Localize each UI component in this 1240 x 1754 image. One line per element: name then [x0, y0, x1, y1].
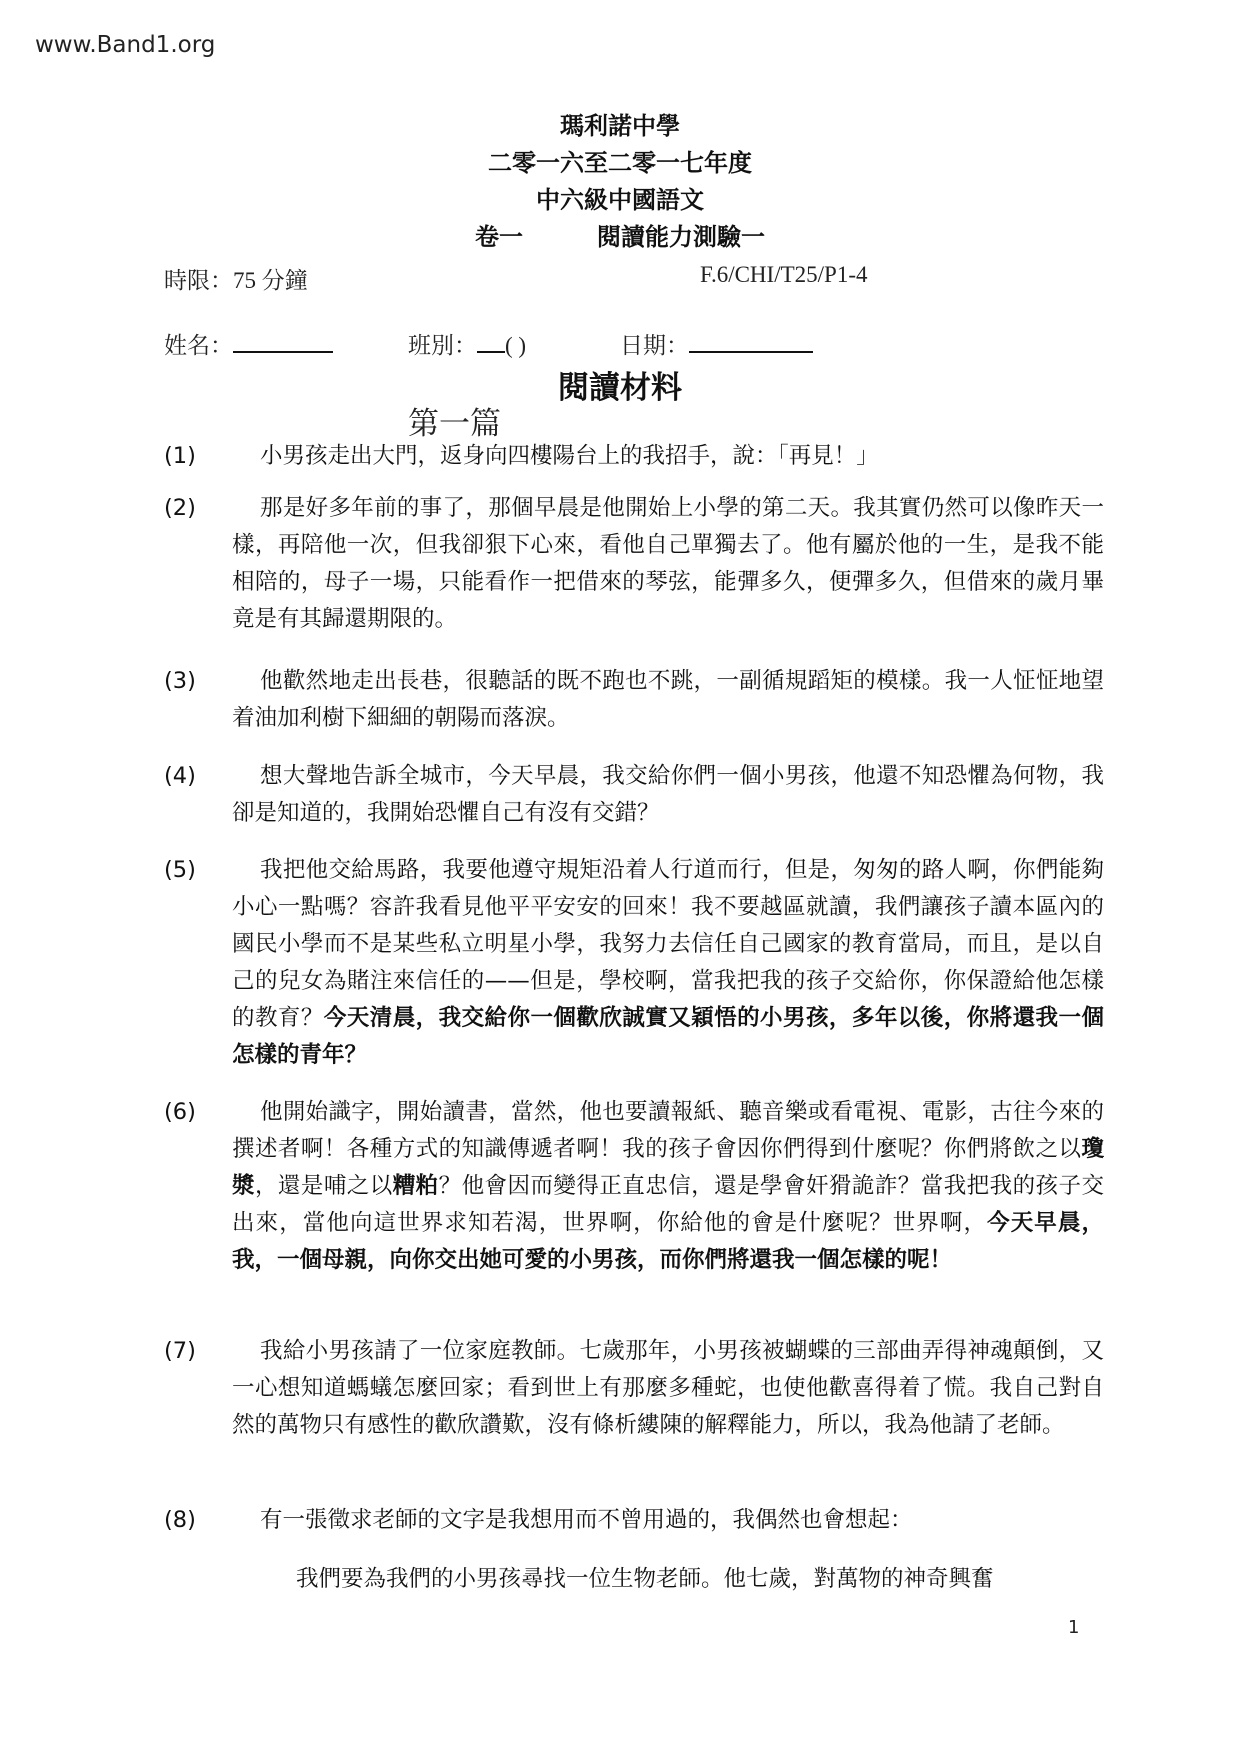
paragraph-text: 他開始識字，開始讀書，當然，他也要讀報紙、聽音樂或看電視、電影，古往今來的撰述者…: [232, 1094, 1104, 1279]
paragraph-7: (7) 我給小男孩請了一位家庭教師。七歲那年，小男孩被蝴蝶的三部曲弄得神魂顛倒，…: [164, 1333, 1104, 1444]
paragraph-text: 有一張徵求老師的文字是我想用而不曾用過的，我偶然也會想起：: [232, 1502, 1104, 1539]
watermark: www.Band1.org: [35, 32, 215, 58]
paper-number: 卷一: [475, 223, 523, 251]
emphasis-text: 今天清晨，我交給你一個歡欣誠實又穎悟的小男孩，多年以後，你將還我一個怎樣的青年？: [232, 1005, 1104, 1068]
exam-header: 瑪利諾中學 二零一六至二零一七年度 中六級中國語文 卷一閱讀能力測驗一: [0, 108, 1240, 256]
paragraph-number: (6): [164, 1094, 224, 1131]
paragraph-number: (8): [164, 1502, 224, 1539]
paragraph-1: (1) 小男孩走出大門，返身向四樓陽台上的我招手，說：「再見！」: [164, 438, 1104, 475]
name-blank[interactable]: [233, 333, 333, 353]
school-name: 瑪利諾中學: [0, 108, 1240, 145]
section-title: 閱讀材料: [0, 362, 1240, 407]
paragraph-number: (2): [164, 490, 224, 527]
paragraph-text: 我把他交給馬路，我要他遵守規矩沿着人行道而行，但是，匆匆的路人啊，你們能夠小心一…: [232, 852, 1104, 1074]
paragraph-text: 我給小男孩請了一位家庭教師。七歲那年，小男孩被蝴蝶的三部曲弄得神魂顛倒，又一心想…: [232, 1333, 1104, 1444]
page-number: 1: [1068, 1617, 1079, 1638]
paragraph-8: (8) 有一張徵求老師的文字是我想用而不曾用過的，我偶然也會想起：: [164, 1502, 1104, 1539]
paper-title: 閱讀能力測驗一: [597, 223, 765, 251]
date-blank[interactable]: [689, 333, 813, 353]
paragraph-number: (1): [164, 438, 224, 475]
paragraph-text-plain: 他開始識字，開始讀書，當然，他也要讀報紙、聽音樂或看電視、電影，古往今來的撰述者…: [232, 1099, 1104, 1162]
name-label: 姓名：: [164, 333, 233, 358]
paragraph-4: (4) 想大聲地告訴全城市，今天早晨，我交給你們一個小男孩，他還不知恐懼為何物，…: [164, 758, 1104, 832]
class-field: 班別：( ): [408, 327, 526, 360]
name-field: 姓名：: [164, 327, 333, 360]
subject-title: 中六級中國語文: [0, 182, 1240, 219]
paragraph-text: 想大聲地告訴全城市，今天早晨，我交給你們一個小男孩，他還不知恐懼為何物，我卻是知…: [232, 758, 1104, 832]
time-limit: 時限：75 分鐘: [164, 262, 308, 295]
paragraph-5: (5) 我把他交給馬路，我要他遵守規矩沿着人行道而行，但是，匆匆的路人啊，你們能…: [164, 852, 1104, 1074]
paragraph-3: (3) 他歡然地走出長巷，很聽話的既不跑也不跳，一副循規蹈矩的模樣。我一人怔怔地…: [164, 663, 1104, 737]
paragraph-text: 小男孩走出大門，返身向四樓陽台上的我招手，說：「再見！」: [232, 438, 1104, 475]
quoted-advertisement: 我們要為我們的小男孩尋找一位生物老師。他七歲，對萬物的神奇興奮: [296, 1561, 1106, 1598]
paragraph-6: (6) 他開始識字，開始讀書，當然，他也要讀報紙、聽音樂或看電視、電影，古往今來…: [164, 1094, 1104, 1279]
paragraph-number: (4): [164, 758, 224, 795]
academic-year: 二零一六至二零一七年度: [0, 145, 1240, 182]
paragraph-number: (5): [164, 852, 224, 889]
paper-code: F.6/CHI/T25/P1-4: [700, 262, 867, 288]
class-label: 班別：: [408, 333, 477, 358]
class-number-paren: ( ): [505, 333, 526, 358]
paragraph-2: (2) 那是好多年前的事了，那個早晨是他開始上小學的第二天。我其實仍然可以像昨天…: [164, 490, 1104, 638]
date-label: 日期：: [620, 333, 689, 358]
class-blank[interactable]: [477, 333, 505, 353]
paragraph-text: 那是好多年前的事了，那個早晨是他開始上小學的第二天。我其實仍然可以像昨天一樣，再…: [232, 490, 1104, 638]
piece-title: 第一篇: [408, 398, 501, 443]
emphasis-text: 糟粕: [393, 1173, 439, 1199]
paper-line: 卷一閱讀能力測驗一: [0, 219, 1240, 256]
date-field: 日期：: [620, 327, 813, 360]
paragraph-text: 他歡然地走出長巷，很聽話的既不跑也不跳，一副循規蹈矩的模樣。我一人怔怔地望着油加…: [232, 663, 1104, 737]
paragraph-number: (3): [164, 663, 224, 700]
paragraph-text-plain: ，還是哺之以: [255, 1173, 393, 1199]
paragraph-number: (7): [164, 1333, 224, 1370]
